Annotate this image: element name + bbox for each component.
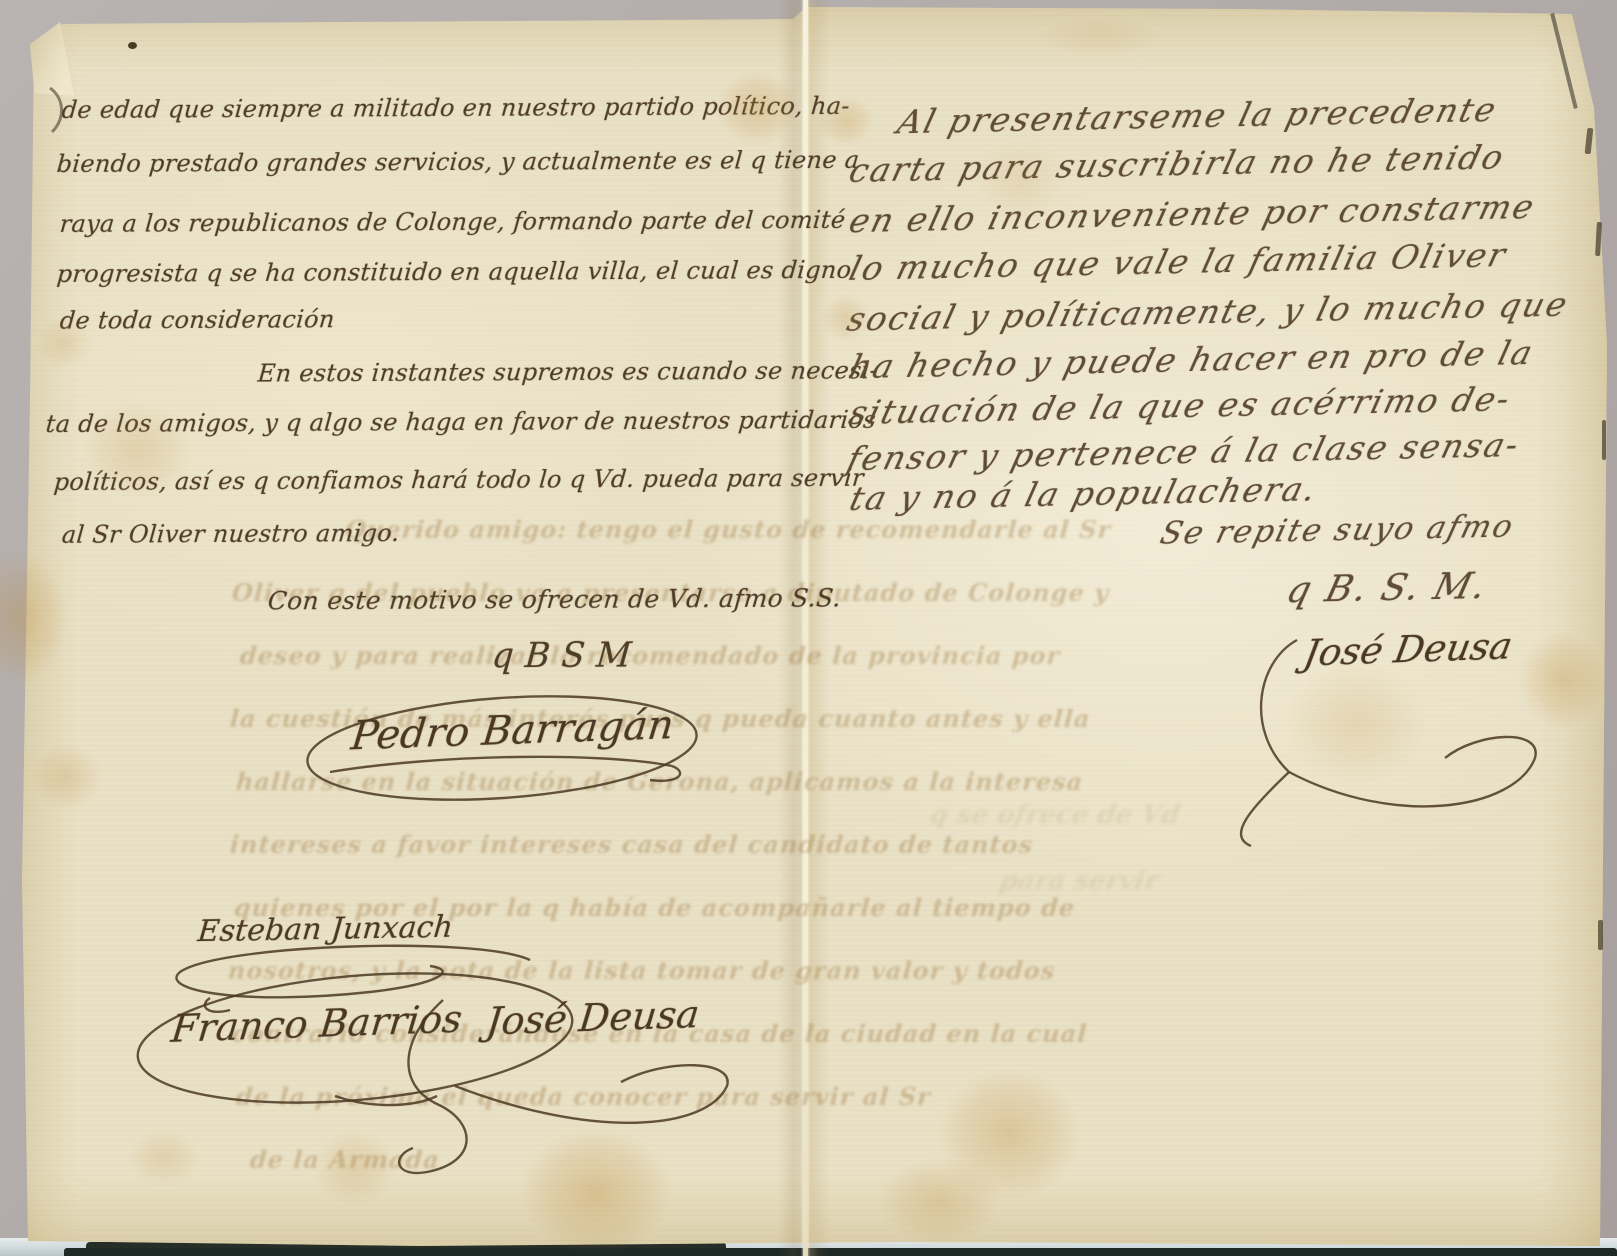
bleedthrough-text: para servir [997, 866, 1160, 896]
center-fold-highlight [803, 0, 808, 1256]
bleedthrough-text: de la Armada [249, 1145, 441, 1174]
bleedthrough-text: intereses a favor intereses casa del can… [229, 830, 1034, 859]
handwritten-line: biendo prestado grandes servicios, y act… [56, 146, 861, 178]
bleedthrough-text: Querido amigo: tengo el gusto de recomen… [344, 515, 1112, 544]
signature-jose-deusa-left: José Deusa [484, 992, 701, 1043]
scanbed-dark-edge [64, 1248, 1617, 1256]
bleedthrough-text: hallarse en la situación de Gerona, apli… [235, 767, 1084, 796]
bleedthrough-text: deseo y para realizar lo recomendado de … [239, 641, 1061, 670]
closing-line: Con este motivo se ofrecen de Vd. afmo S… [267, 584, 842, 616]
bleedthrough-text: de la próxima el queda conocer para serv… [235, 1082, 932, 1111]
bleedthrough-text: nosotros, y la nota de la lista tomar de… [227, 956, 1056, 985]
handwritten-line: políticos, así es q confiamos hará todo … [53, 464, 865, 496]
handwritten-line: ta de los amigos, y q algo se haga en fa… [45, 406, 877, 438]
torn-edge-mark [1598, 920, 1603, 950]
scanned-letter-scene: Querido amigo: tengo el gusto de recomen… [0, 0, 1617, 1256]
signature-jose-deusa-right: José Deusa [1300, 624, 1515, 674]
handwritten-line: de toda consideración [59, 305, 336, 334]
handwritten-line: En estos instantes supremos es cuando se… [257, 356, 880, 387]
bleedthrough-text: q se ofrece de Vd [927, 800, 1182, 830]
handwritten-line: raya a los republicanos de Colonge, form… [59, 206, 847, 238]
closing-courtesy: q B. S. M. [1282, 566, 1492, 611]
closing-line: Se repite suyo afmo [1157, 508, 1519, 551]
handwritten-line: al Sr Oliver nuestro amigo. [61, 519, 401, 549]
closing-courtesy: q B S M [490, 636, 633, 677]
letter-sheet [0, 0, 1617, 1256]
handwritten-line: progresista q se ha constituido en aquel… [56, 256, 853, 288]
signature-esteban-junxach: Esteban Junxach [196, 910, 454, 949]
ink-speck [128, 42, 137, 49]
handwritten-line: de edad que siempre a militado en nuestr… [61, 92, 851, 124]
torn-edge-mark [1602, 420, 1606, 460]
